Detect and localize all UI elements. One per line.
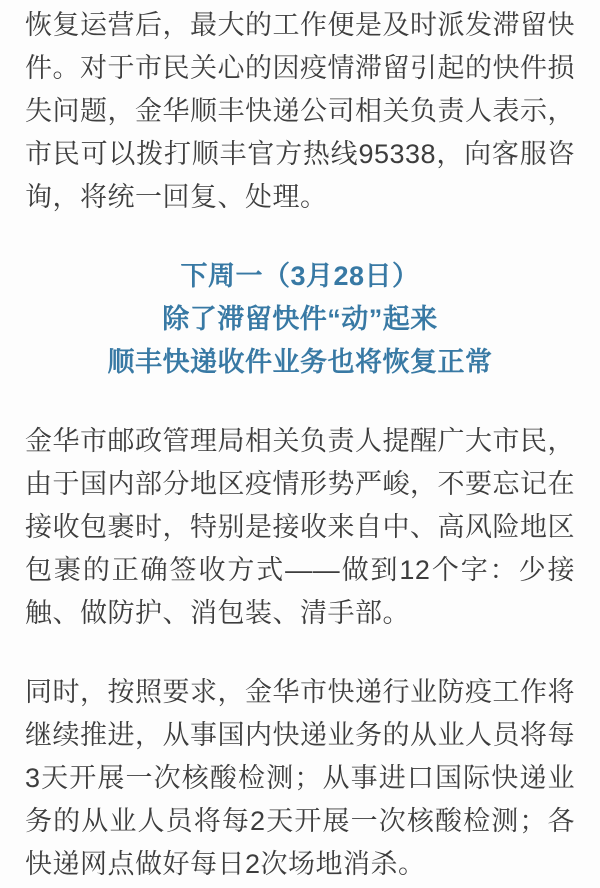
article-body: 恢复运营后，最大的工作便是及时派发滞留快件。对于市民关心的因疫情滞留引起的快件损… (0, 0, 600, 886)
paragraph-testing-requirements: 同时，按照要求，金华市快递行业防疫工作将继续推进，从事国内快递业务的从业人员将每… (25, 671, 575, 886)
paragraph-delayed-parcels: 恢复运营后，最大的工作便是及时派发滞留快件。对于市民关心的因疫情滞留引起的快件损… (25, 4, 575, 219)
highlight-line-service-resume: 顺丰快递收件业务也将恢复正常 (25, 341, 575, 384)
highlight-heading-block: 下周一（3月28日） 除了滞留快件“动”起来 顺丰快递收件业务也将恢复正常 (25, 255, 575, 384)
article-page: { "colors": { "background": "#fdfdfd", "… (0, 0, 600, 888)
paragraph-postal-bureau-reminder: 金华市邮政管理局相关负责人提醒广大市民，由于国内部分地区疫情形势严峻，不要忘记在… (25, 420, 575, 635)
highlight-line-parcels-moving: 除了滞留快件“动”起来 (25, 298, 575, 341)
highlight-line-date: 下周一（3月28日） (25, 255, 575, 298)
